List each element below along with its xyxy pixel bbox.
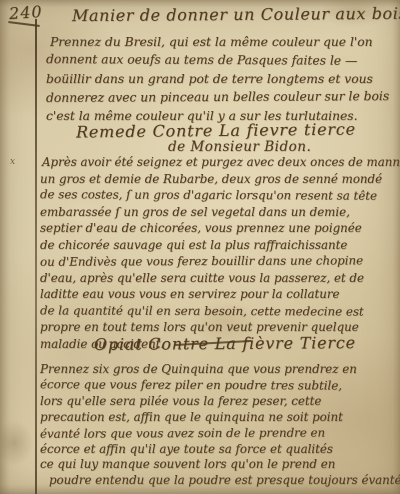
manuscript-line: poudre entendu que la poudre est presque… [49, 473, 396, 489]
manuscript-page: 240 x Manier de donner un Couleur aux bo… [0, 0, 400, 494]
section-heading-opiat: Opiat Contre La fièvre Tierce [94, 333, 356, 354]
manuscript-line: embarassée ſ un gros de sel vegetal dans… [40, 204, 396, 221]
page-title: Manier de donner un Couleur aux bois [72, 4, 394, 25]
manuscript-line: de ses costes, ſ un gros d'agaric lorsqu… [40, 186, 396, 204]
manuscript-line: septier d'eau de chicorées, vous prennez… [40, 220, 396, 237]
manuscript-line: de la quantité qu'il en sera besoin, cet… [40, 302, 396, 320]
paper-stain [0, 420, 34, 466]
manuscript-line: donnent aux oeufs au tems de Pasques fai… [46, 50, 396, 70]
manuscript-line: un gros et demie de Rubarbe, deux gros d… [40, 171, 396, 188]
manuscript-line: Prennez six gros de Quinquina que vous p… [40, 362, 396, 378]
paragraph-remede-fievre: Après avoir été seignez et purgez avec d… [40, 154, 396, 352]
manuscript-line: d'eau, après qu'elle sera cuitte vous la… [40, 270, 396, 287]
manuscript-line: laditte eau vous vous en servirez pour l… [40, 286, 396, 303]
manuscript-line: lors qu'elle sera pilée vous la ferez pe… [40, 394, 396, 410]
manuscript-line: évanté lors que vous avez soin de le pre… [40, 425, 396, 442]
paragraph-opiat-fievre: Prennez six gros de Quinquina que vous p… [40, 362, 396, 489]
manuscript-line: ou d'Endivès que vous ferez bouillir dan… [40, 252, 396, 270]
manuscript-line: écorce que vous ferez piler en poudre tr… [40, 377, 396, 394]
paragraph-wood-color: Prennez du Bresil, qui est la même coule… [46, 33, 396, 125]
manuscript-line: boüillir dans un grand pot de terre long… [46, 70, 396, 88]
section-subheading-bidon: de Monsieur Bidon. [168, 139, 311, 155]
page-number: 240 [8, 2, 43, 23]
manuscript-line: écorce et affin qu'il aye toute sa force… [40, 442, 396, 458]
manuscript-line: Après avoir été seignez et purgez avec d… [42, 154, 396, 171]
manuscript-line: Prennez du Bresil, qui est la même coule… [50, 33, 396, 51]
manuscript-line: ce qui luy manque souvent lors qu'on le … [40, 457, 396, 473]
manuscript-line: precaution est, affin que le quinquina n… [40, 410, 396, 426]
manuscript-line: de chicorée sauvage qui est la plus raff… [40, 237, 396, 254]
margin-mark: x [10, 157, 15, 167]
margin-rule-line [35, 19, 37, 494]
manuscript-line: donnerez avec un pinceau un belles coule… [46, 87, 396, 107]
